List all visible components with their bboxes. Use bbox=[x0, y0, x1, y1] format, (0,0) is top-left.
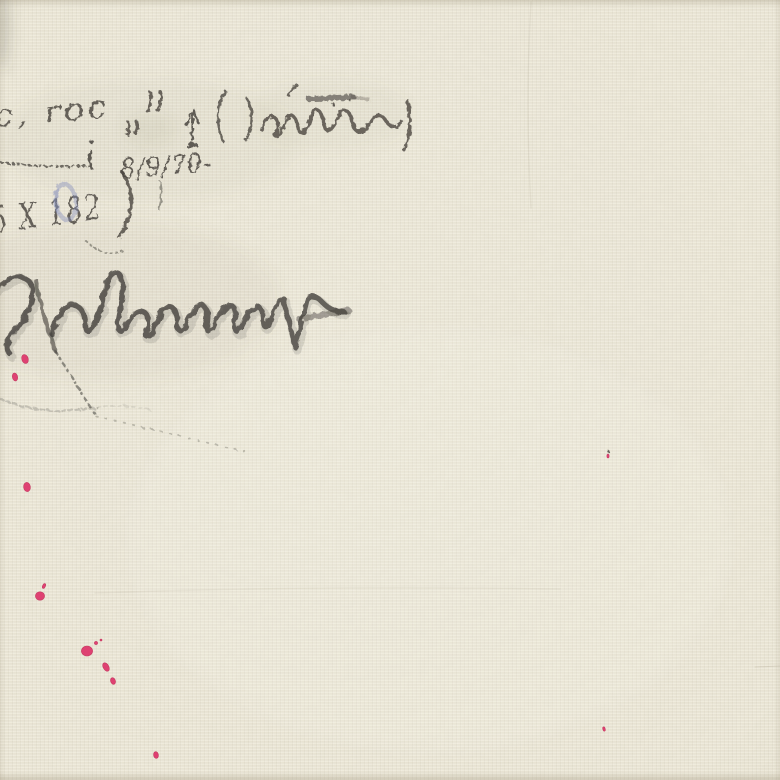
pencil-speck bbox=[607, 450, 609, 452]
t-bar-smudge bbox=[309, 97, 353, 99]
canvas-verso-photo: c, roc bbox=[0, 0, 780, 780]
inscription-layer: c, roc bbox=[0, 0, 780, 780]
paint-drip bbox=[81, 646, 92, 656]
paint-drip bbox=[607, 454, 609, 458]
paint-drip bbox=[94, 641, 97, 644]
date-inscription: 8/9/70- bbox=[119, 148, 213, 185]
paint-drip bbox=[35, 592, 44, 600]
paint-drip bbox=[100, 639, 102, 641]
